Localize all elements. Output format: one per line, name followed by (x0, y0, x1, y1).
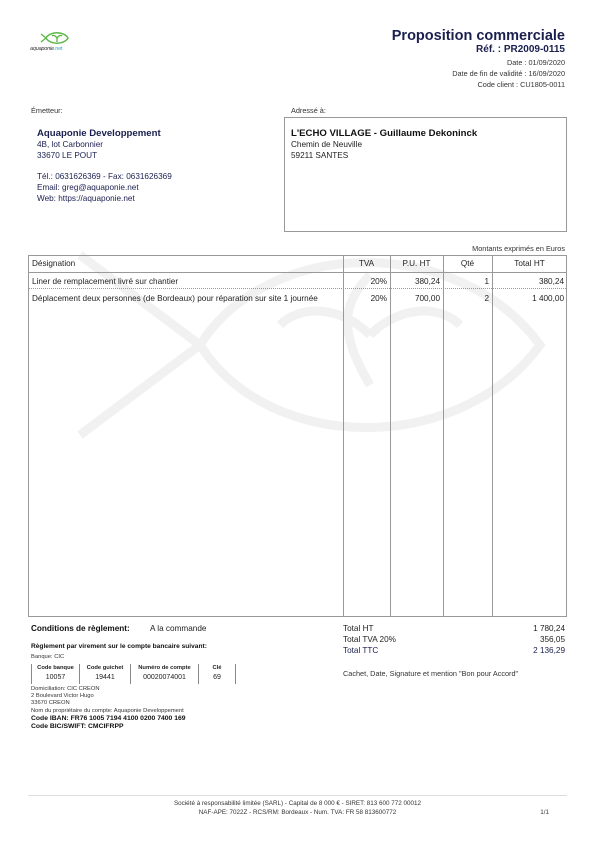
emitter-web[interactable]: Web: https://aquaponie.net (37, 193, 172, 204)
row1-tva: 20% (343, 276, 387, 287)
header-total: Total HT (492, 256, 567, 272)
document-reference: Réf. : PR2009-0115 (476, 44, 565, 55)
recipient-label: Adressé à: (291, 106, 326, 115)
total-tva-value: 356,05 (540, 635, 565, 644)
emitter-phone: Tél.: 0631626369 - Fax: 0631626369 (37, 171, 172, 182)
transfer-title: Règlement par virement sur le compte ban… (31, 643, 207, 650)
total-ttc-value: 2 136,29 (533, 646, 565, 655)
bank-name: Banque: CIC (31, 654, 64, 661)
recipient-name: L'ECHO VILLAGE - Guillaume Dekoninck (291, 128, 560, 139)
header-pu: P.U. HT (390, 256, 443, 272)
iban: Code IBAN: FR76 1005 7194 4100 0200 7400… (31, 715, 186, 724)
recipient-address1: Chemin de Neuville (291, 139, 560, 150)
document-title: Proposition commerciale (392, 28, 565, 44)
header-designation: Désignation (32, 256, 75, 272)
items-table: Désignation TVA P.U. HT Qté Total HT Lin… (28, 255, 567, 617)
emitter-name: Aquaponie Developpement (37, 128, 172, 139)
branch-code-value: 19441 (80, 673, 130, 683)
emitter-label: Émetteur: (31, 106, 63, 115)
domiciliation-block: Domiciliation: CIC CREON 2 Boulevard Vic… (31, 686, 186, 732)
key-header: Clé (199, 664, 235, 673)
row2-designation: Déplacement deux personnes (de Bordeaux)… (32, 293, 340, 304)
page-number: 1/1 (540, 809, 549, 816)
company-logo: aquaponie.net (30, 30, 80, 56)
header-tva: TVA (343, 256, 390, 272)
branch-code-header: Code guichet (80, 664, 130, 673)
emitter-email[interactable]: Email: greg@aquaponie.net (37, 182, 172, 193)
footer-divider (28, 795, 567, 796)
conditions-value: A la commande (150, 624, 206, 633)
footer-legal-line1: Société à responsabilité limitée (SARL) … (0, 800, 595, 807)
conditions-label: Conditions de règlement: (31, 624, 130, 633)
validity-date: Date de fin de validité : 16/09/2020 (452, 69, 565, 78)
row1-total: 380,24 (492, 276, 564, 287)
key-value: 69 (199, 673, 235, 683)
client-code: Code client : CU1805-0011 (478, 80, 565, 89)
footer-legal-line2: NAF-APE: 7022Z - RCS/RM: Bordeaux - Num.… (0, 809, 595, 816)
row1-pu: 380,24 (390, 276, 440, 287)
row2-tva: 20% (343, 293, 387, 304)
bank-code-value: 10057 (32, 673, 79, 683)
recipient-address2: 59211 SANTES (291, 150, 560, 161)
total-ttc-label: Total TTC (343, 646, 378, 655)
header-qty: Qté (443, 256, 492, 272)
bic: Code BIC/SWIFT: CMCIFRPP (31, 723, 186, 732)
emitter-address1: 4B, lot Carbonnier (37, 139, 172, 150)
logo-wordmark: aquaponie.net (30, 46, 62, 52)
emitter-block: Aquaponie Developpement 4B, lot Carbonni… (37, 128, 172, 204)
row1-designation: Liner de remplacement livré sur chantier (32, 276, 340, 287)
total-ht-value: 1 780,24 (533, 624, 565, 633)
total-ht-label: Total HT (343, 624, 373, 633)
emitter-address2: 33670 LE POUT (37, 150, 172, 161)
recipient-box: L'ECHO VILLAGE - Guillaume Dekoninck Che… (284, 117, 567, 232)
currency-note: Montants exprimés en Euros (472, 244, 565, 253)
domiciliation-address1: 2 Boulevard Victor Hugo (31, 693, 186, 700)
account-owner: Nom du propriétaire du compte: Aquaponie… (31, 708, 186, 715)
signature-note: Cachet, Date, Signature et mention "Bon … (343, 669, 518, 678)
account-number-header: Numéro de compte (131, 664, 198, 673)
bank-code-header: Code banque (32, 664, 79, 673)
document-date: Date : 01/09/2020 (507, 58, 565, 67)
domiciliation-address2: 33670 CREON (31, 700, 186, 707)
account-number-value: 00020074001 (131, 673, 198, 683)
row2-qty: 2 (443, 293, 489, 304)
total-tva-label: Total TVA 20% (343, 635, 396, 644)
fish-logo-icon (30, 30, 80, 46)
domiciliation: Domiciliation: CIC CREON (31, 686, 186, 693)
row1-qty: 1 (443, 276, 489, 287)
row2-total: 1 400,00 (492, 293, 564, 304)
row2-pu: 700,00 (390, 293, 440, 304)
